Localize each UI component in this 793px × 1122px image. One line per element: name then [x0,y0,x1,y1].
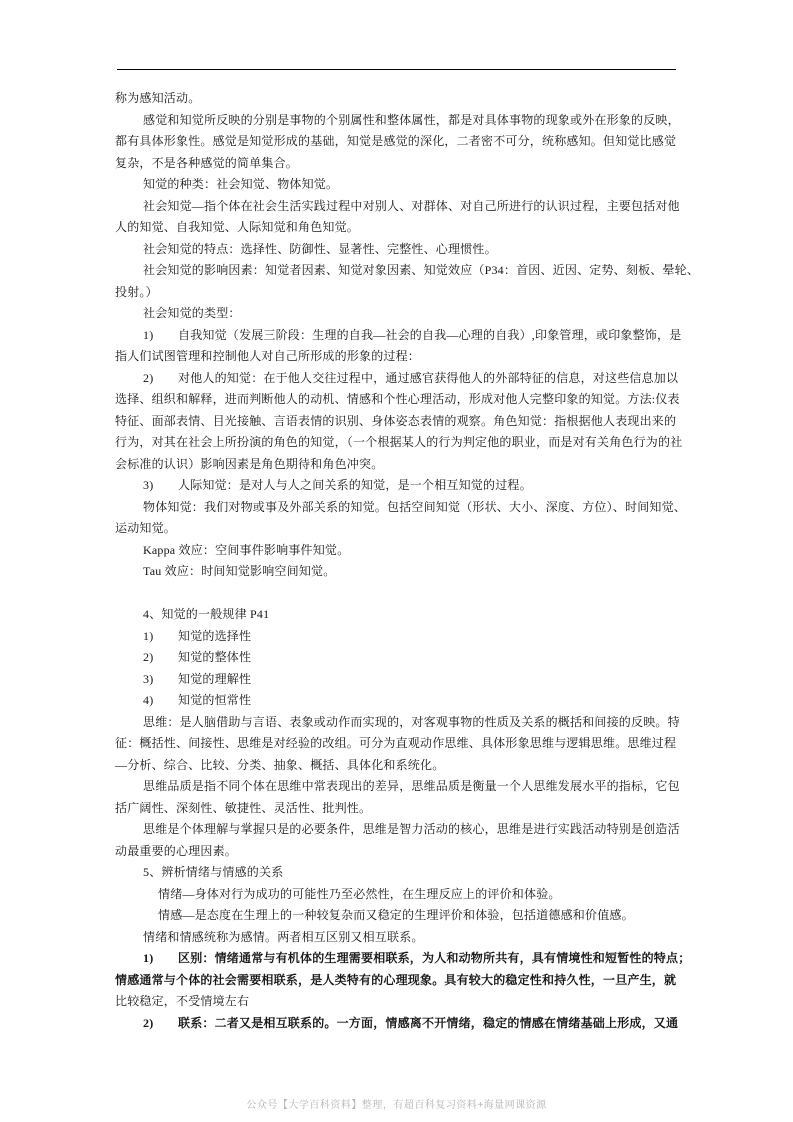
text-line [115,583,679,605]
line-text: 动最重要的心理因素。 [115,844,237,858]
line-text: 物体知觉：我们对物或事及外部关系的知觉。包括空间知觉（形状、大小、深度、方位）、… [143,500,686,514]
list-number: 4) [143,690,178,712]
line-text: 思维：是人脑借助与言语、表象或动作而实现的，对客观事物的性质及关系的概括和间接的… [143,715,680,729]
text-line: 3)知觉的理解性 [115,669,679,691]
text-line: 思维是个体理解与掌握只是的必要条件，思维是智力活动的核心，思维是进行实践活动特别… [115,819,679,841]
line-text: 投射。） [115,285,158,299]
text-line: 运动知觉。 [115,518,679,540]
text-line: 2)联系：二者又是相互联系的。一方面，情感离不开情绪，稳定的情感在情绪基础上形成… [115,1013,679,1035]
line-text: 选择、组织和解释，进而判断他人的动机、情感和个性心理活动，形成对他人完整印象的知… [115,392,680,406]
text-line: 复杂，不是各种感觉的简单集合。 [115,153,679,175]
line-text: 感觉和知觉所反映的分别是事物的个别属性和整体属性，都是对具体事物的现象或外在形象… [143,113,680,127]
line-text: 情绪—身体对行为成功的可能性乃至必然性，在生理反应上的评价和体验。 [158,887,561,901]
text-line: 社会知觉的影响因素：知觉者因素、知觉对象因素、知觉效应（P34：首因、近因、定势… [115,260,679,282]
text-line: 括广阔性、深刻性、敏捷性、灵活性、批判性。 [115,798,679,820]
text-line: 会标准的认识）影响因素是角色期待和角色冲突。 [115,454,679,476]
line-text: 区别：情绪通常与有机体的生理需要相联系，为人和动物所共有，具有情境性和短暂性的特… [178,951,690,965]
text-line: 都有具体形象性。感觉是知觉形成的基础，知觉是感觉的深化，二者密不可分，统称感知。… [115,131,679,153]
line-text: Tau 效应：时间知觉影响空间知觉。 [143,564,335,578]
line-text: —分析、综合、比较、分类、抽象、概括、具体化和系统化。 [115,758,444,772]
line-text: 思维品质是指不同个体在思维中常表现出的差异，思维品质是衡量一个人思维发展水平的指… [143,779,680,793]
line-text: 社会知觉—指个体在社会生活实践过程中对别人、对群体、对自己所进行的认识过程，主要… [143,199,680,213]
text-line: 行为，对其在社会上所扮演的角色的知觉，（一个根据某人的行为判定他的职业，而是对有… [115,432,679,454]
text-line: 动最重要的心理因素。 [115,841,679,863]
text-line: 2)知觉的整体性 [115,647,679,669]
line-text: 括广阔性、深刻性、敏捷性、灵活性、批判性。 [115,801,371,815]
text-line: 社会知觉的类型： [115,303,679,325]
text-line: 人的知觉、自我知觉、人际知觉和角色知觉。 [115,217,679,239]
list-number: 1) [143,626,178,648]
line-text: 社会知觉的类型： [143,306,241,320]
text-line: 情感通常与个体的社会需要相联系，是人类特有的心理现象。具有较大的稳定性和持久性，… [115,970,679,992]
line-text: 5、辨析情绪与情感的关系 [143,865,283,879]
line-text: 行为，对其在社会上所扮演的角色的知觉，（一个根据某人的行为判定他的职业，而是对有… [115,435,682,449]
line-text: 知觉的理解性 [178,672,251,686]
line-text: 会标准的认识）影响因素是角色期待和角色冲突。 [115,457,383,471]
text-line: 1)区别：情绪通常与有机体的生理需要相联系，为人和动物所共有，具有情境性和短暂性… [115,948,679,970]
list-number: 2) [143,647,178,669]
text-line: Tau 效应：时间知觉影响空间知觉。 [115,561,679,583]
page-footer: 公众号【大学百科资料】整理，有超百科复习资料+海量网课资源 [0,1096,793,1111]
text-line: 称为感知活动。 [115,88,679,110]
line-text: 人的知觉、自我知觉、人际知觉和角色知觉。 [115,220,359,234]
list-number: 1) [143,325,178,347]
text-line: 情绪和情感统称为感情。两者相互区别又相互联系。 [115,927,679,949]
text-line: 3)人际知觉：是对人与人之间关系的知觉，是一个相互知觉的过程。 [115,475,679,497]
list-number: 3) [143,669,178,691]
text-line: 情感—是态度在生理上的一种较复杂而又稳定的生理评价和体验，包括道德感和价值感。 [115,905,679,927]
text-line: 5、辨析情绪与情感的关系 [115,862,679,884]
line-text: 对他人的知觉：在于他人交往过程中，通过感官获得他人的外部特征的信息，对这些信息加… [178,371,678,385]
line-text: 指人们试图管理和控制他人对自己所形成的形象的过程： [115,349,420,363]
line-text: 情感—是态度在生理上的一种较复杂而又稳定的生理评价和体验，包括道德感和价值感。 [158,908,634,922]
text-line: —分析、综合、比较、分类、抽象、概括、具体化和系统化。 [115,755,679,777]
text-line: 1)自我知觉（发展三阶段：生理的自我—社会的自我—心理的自我）,印象管理，或印象… [115,325,679,347]
list-number: 3) [143,475,178,497]
document-page: 称为感知活动。感觉和知觉所反映的分别是事物的个别属性和整体属性，都是对具体事物的… [0,0,793,1122]
text-line: 社会知觉的特点：选择性、防御性、显著性、完整性、心理惯性。 [115,239,679,261]
line-text: 运动知觉。 [115,521,176,535]
text-line: 知觉的种类：社会知觉、物体知觉。 [115,174,679,196]
text-line: 指人们试图管理和控制他人对自己所形成的形象的过程： [115,346,679,368]
line-text: 特征、面部表情、目光接触、言语表情的识别、身体姿态表情的观察。角色知觉：指根据他… [115,414,676,428]
line-text: 知觉的选择性 [178,629,251,643]
line-text: 复杂，不是各种感觉的简单集合。 [115,156,298,170]
line-text: Kappa 效应：空间事件影响事件知觉。 [143,543,349,557]
document-body: 称为感知活动。感觉和知觉所反映的分别是事物的个别属性和整体属性，都是对具体事物的… [115,88,679,1034]
line-text: 称为感知活动。 [115,91,200,105]
line-text: 比较稳定，不受情境左右 [115,994,249,1008]
line-text: 情感通常与个体的社会需要相联系，是人类特有的心理现象。具有较大的稳定性和持久性，… [115,973,676,987]
list-number: 1) [143,948,178,970]
text-line: 特征、面部表情、目光接触、言语表情的识别、身体姿态表情的观察。角色知觉：指根据他… [115,411,679,433]
line-text: 知觉的种类：社会知觉、物体知觉。 [143,177,338,191]
text-line: 选择、组织和解释，进而判断他人的动机、情感和个性心理活动，形成对他人完整印象的知… [115,389,679,411]
text-line: 4、知觉的一般规律 P41 [115,604,679,626]
line-text: 征：概括性、间接性、思维是对经验的改组。可分为直观动作思维、具体形象思维与逻辑思… [115,736,676,750]
list-number: 2) [143,368,178,390]
header-rule [117,69,676,70]
line-text: 社会知觉的影响因素：知觉者因素、知觉对象因素、知觉效应（P34：首因、近因、定势… [143,263,699,277]
line-text: 都有具体形象性。感觉是知觉形成的基础，知觉是感觉的深化，二者密不可分，统称感知。… [115,134,676,148]
list-number: 2) [143,1013,178,1035]
text-line: 1)知觉的选择性 [115,626,679,648]
text-line: 征：概括性、间接性、思维是对经验的改组。可分为直观动作思维、具体形象思维与逻辑思… [115,733,679,755]
text-line: 物体知觉：我们对物或事及外部关系的知觉。包括空间知觉（形状、大小、深度、方位）、… [115,497,679,519]
line-text: 知觉的恒常性 [178,693,251,707]
line-text: 联系：二者又是相互联系的。一方面，情感离不开情绪，稳定的情感在情绪基础上形成，又… [178,1016,678,1030]
line-text: 人际知觉：是对人与人之间关系的知觉，是一个相互知觉的过程。 [178,478,532,492]
text-line: 投射。） [115,282,679,304]
text-line: 4)知觉的恒常性 [115,690,679,712]
text-line: 社会知觉—指个体在社会生活实践过程中对别人、对群体、对自己所进行的认识过程，主要… [115,196,679,218]
text-line: 比较稳定，不受情境左右 [115,991,679,1013]
line-text: 自我知觉（发展三阶段：生理的自我—社会的自我—心理的自我）,印象管理，或印象整饰… [178,328,681,342]
line-text: 知觉的整体性 [178,650,251,664]
line-text: 社会知觉的特点：选择性、防御性、显著性、完整性、心理惯性。 [143,242,497,256]
text-line: 2)对他人的知觉：在于他人交往过程中，通过感官获得他人的外部特征的信息，对这些信… [115,368,679,390]
line-text: 4、知觉的一般规律 P41 [143,607,269,621]
text-line: 感觉和知觉所反映的分别是事物的个别属性和整体属性，都是对具体事物的现象或外在形象… [115,110,679,132]
line-text: 情绪和情感统称为感情。两者相互区别又相互联系。 [143,930,424,944]
text-line: 思维品质是指不同个体在思维中常表现出的差异，思维品质是衡量一个人思维发展水平的指… [115,776,679,798]
text-line: Kappa 效应：空间事件影响事件知觉。 [115,540,679,562]
text-line: 情绪—身体对行为成功的可能性乃至必然性，在生理反应上的评价和体验。 [115,884,679,906]
line-text: 思维是个体理解与掌握只是的必要条件，思维是智力活动的核心，思维是进行实践活动特别… [143,822,680,836]
text-line: 思维：是人脑借助与言语、表象或动作而实现的，对客观事物的性质及关系的概括和间接的… [115,712,679,734]
page-footer-text: 公众号【大学百科资料】整理，有超百科复习资料+海量网课资源 [246,1100,546,1111]
